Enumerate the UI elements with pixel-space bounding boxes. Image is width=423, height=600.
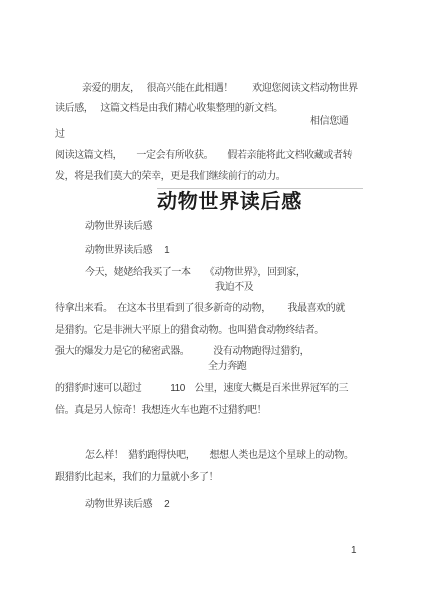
intro-line: 过 xyxy=(55,130,65,140)
paragraph-line: 我迫不及 xyxy=(215,283,253,293)
paragraph-line: 待拿出来看。 在这本书里看到了很多新奇的动物， 我最喜欢的就 xyxy=(55,304,345,314)
paragraph-line: 跟猎豹比起来，我们的力量就小多了！ xyxy=(55,473,218,483)
intro-line: 亲爱的朋友， 很高兴能在此相遇！ 欢迎您阅读文档动物世界 xyxy=(82,84,358,94)
paragraph-line: 今天，姥姥给我买了一本 《动物世界》，回到家， xyxy=(85,268,305,278)
paragraph-line: 是猎豹。它是非洲大平原上的猎食动物。也叫猎食动物终结者。 xyxy=(55,326,324,336)
title-divider xyxy=(157,188,363,189)
document-page: 亲爱的朋友， 很高兴能在此相遇！ 欢迎您阅读文档动物世界 读后感， 这篇文档是由… xyxy=(0,0,423,600)
intro-line: 读后感， 这篇文档是由我们精心收集整理的新文档。 xyxy=(55,104,283,114)
paragraph-line: 的猎豹时速可以超过 110 公里，速度大概是百米世界冠军的三 xyxy=(55,384,348,394)
paragraph-line: 倍。真是另人惊奇！我想连火车也跑不过猎豹吧！ xyxy=(55,406,266,416)
section-heading: 动物世界读后感 2 xyxy=(85,500,169,510)
page-number: 1 xyxy=(351,546,357,556)
intro-line: 发，将是我们莫大的荣幸，更是我们继续前行的动力。 xyxy=(55,172,285,182)
paragraph-line: 怎么样！ 猎豹跑得快吧， 想想人类也是这个星球上的动物。 xyxy=(85,451,354,461)
document-title: 动物世界读后感 xyxy=(157,192,302,212)
section-heading: 动物世界读后感 1 xyxy=(85,246,169,256)
intro-line: 相信您通 xyxy=(310,117,348,127)
intro-line: 阅读这篇文档， 一定会有所收获。 假若亲能将此文档收藏或者转 xyxy=(55,151,352,161)
paragraph-line: 全力奔跑 xyxy=(208,362,246,372)
paragraph-line: 强大的爆发力是它的秘密武器。 没有动物跑得过猎豹， xyxy=(55,347,309,357)
section-heading: 动物世界读后感 xyxy=(85,222,152,232)
